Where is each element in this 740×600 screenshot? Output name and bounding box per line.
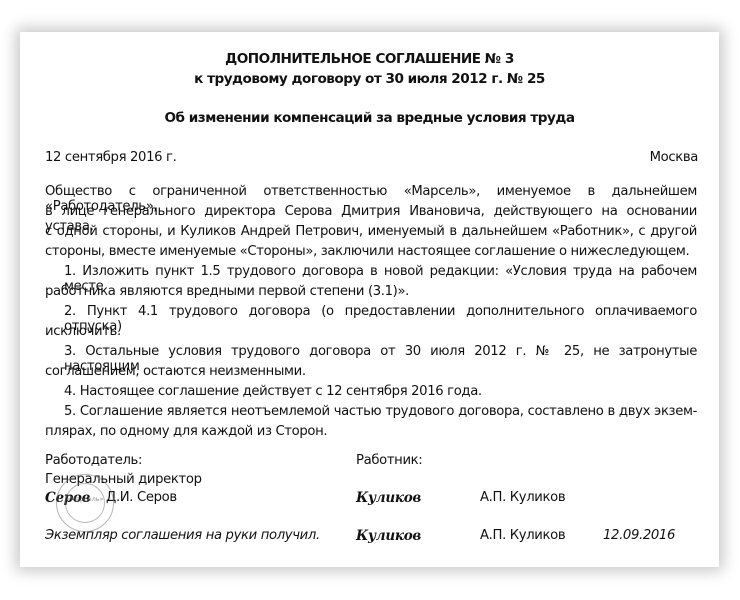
clause-1-cont: работника являются вредными первой степе… (45, 284, 697, 299)
employer-name: Д.И. Серов (106, 490, 177, 505)
company-stamp: «Марсель» (56, 474, 114, 532)
preamble-line: с одной стороны, и Куликов Андрей Петров… (45, 224, 697, 239)
employer-label: Работодатель: (45, 453, 142, 468)
document-title: ДОПОЛНИТЕЛЬНОЕ СОГЛАШЕНИЕ № 3 (20, 51, 719, 67)
clause-3-cont: соглашением, остаются неизменными. (45, 364, 697, 379)
receipt-date: 12.09.2016 (603, 528, 675, 543)
document-page: ДОПОЛНИТЕЛЬНОЕ СОГЛАШЕНИЕ № 3 к трудовом… (20, 32, 719, 567)
clause-5-cont: плярах, по одному для каждой из Сторон. (45, 424, 697, 439)
document-city: Москва (650, 150, 698, 165)
employee-label: Работник: (356, 453, 422, 468)
document-subtitle: к трудовому договору от 30 июля 2012 г. … (20, 71, 719, 87)
receipt-signature: Куликов (356, 528, 421, 544)
document-date: 12 сентября 2016 г. (45, 150, 176, 165)
document-subject: Об изменении компенсаций за вредные усло… (20, 110, 719, 126)
employee-signature: Куликов (356, 490, 421, 506)
preamble-line: стороны, вместе именуемые «Стороны», зак… (45, 244, 697, 259)
stamp-text: «Марсель» (57, 495, 113, 503)
receipt-name: А.П. Куликов (480, 528, 565, 543)
clause-5: 5. Соглашение является неотъемлемой част… (64, 404, 697, 419)
employee-name: А.П. Куликов (480, 490, 565, 505)
clause-4: 4. Настоящее соглашение действует с 12 с… (64, 384, 716, 399)
clause-2-cont: исключить. (45, 324, 697, 339)
